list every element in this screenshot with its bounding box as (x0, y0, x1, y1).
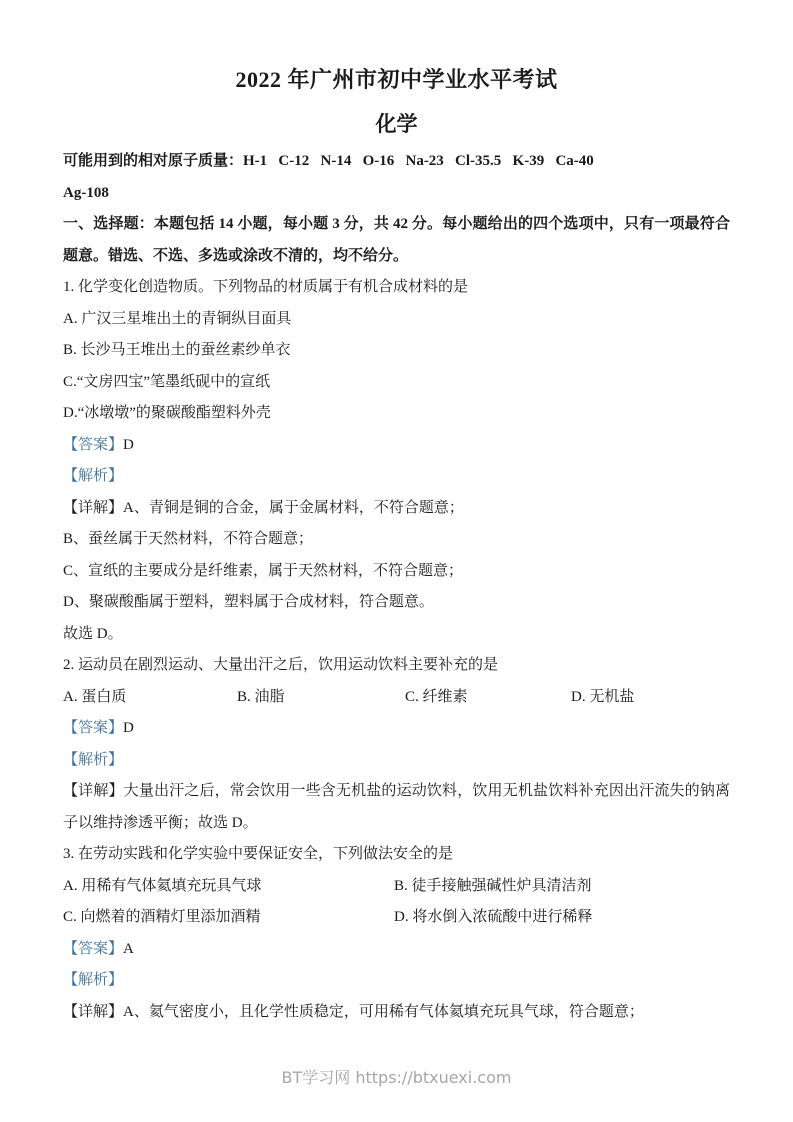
analysis-label: 【解析】 (63, 752, 123, 768)
option-b: B. 徒手接触强碱性炉具清洁剂 (394, 871, 730, 903)
analysis-line: 【解析】 (63, 461, 730, 493)
question-stem: 3. 在劳动实践和化学实验中要保证安全，下列做法安全的是 (63, 839, 730, 871)
option-a: A. 用稀有气体氦填充玩具气球 (63, 871, 394, 903)
answer-value: D (123, 437, 134, 453)
option-b: B. 油脂 (237, 682, 405, 714)
answer-value: D (123, 720, 134, 736)
explain-text: A、氦气密度小，且化学性质稳定，可用稀有气体氦填充玩具气球，符合题意； (123, 1004, 644, 1020)
option-a: A. 蛋白质 (63, 682, 237, 714)
explain-line: C、宣纸的主要成分是纤维素，属于天然材料，不符合题意； (63, 556, 730, 588)
answer-label: 【答案】 (63, 437, 123, 453)
explain-line: B、蚕丝属于天然材料，不符合题意； (63, 524, 730, 556)
explain-line: 【详解】A、氦气密度小，且化学性质稳定，可用稀有气体氦填充玩具气球，符合题意； (63, 997, 730, 1029)
options-row: A. 蛋白质 B. 油脂 C. 纤维素 D. 无机盐 (63, 682, 730, 714)
option-d: D. 无机盐 (571, 682, 730, 714)
option-a: A. 广汉三星堆出土的青铜纵目面具 (63, 304, 730, 336)
option-b: B. 长沙马王堆出土的蚕丝素纱单衣 (63, 335, 730, 367)
question-stem: 1. 化学变化创造物质。下列物品的材质属于有机合成材料的是 (63, 272, 730, 304)
answer-line: 【答案】D (63, 430, 730, 462)
option-d: D. 将水倒入浓硫酸中进行稀释 (394, 902, 730, 934)
atomic-mass-note-line1: 可能用到的相对原子质量：H-1 C-12 N-14 O-16 Na-23 Cl-… (63, 146, 730, 178)
answer-line: 【答案】A (63, 934, 730, 966)
answer-value: A (123, 941, 134, 957)
explain-text: A、青铜是铜的合金，属于金属材料，不符合题意； (123, 500, 464, 516)
answer-line: 【答案】D (63, 713, 730, 745)
explain-label: 【详解】 (63, 500, 123, 516)
section-heading: 一、选择题：本题包括 14 小题，每小题 3 分，共 42 分。每小题给出的四个… (63, 209, 730, 272)
question-block-2: 2. 运动员在剧烈运动、大量出汗之后，饮用运动饮料主要补充的是 A. 蛋白质 B… (63, 650, 730, 839)
page-title: 2022 年广州市初中学业水平考试 (63, 58, 730, 102)
explain-line: 【详解】A、青铜是铜的合金，属于金属材料，不符合题意； (63, 493, 730, 525)
explain-text: 大量出汗之后，常会饮用一些含无机盐的运动饮料，饮用无机盐饮料补充因出汗流失的钠离… (63, 783, 730, 831)
explain-label: 【详解】 (63, 1004, 123, 1020)
explain-line: 【详解】大量出汗之后，常会饮用一些含无机盐的运动饮料，饮用无机盐饮料补充因出汗流… (63, 776, 730, 839)
watermark: BT学习网 https://btxuexi.com (0, 1066, 793, 1090)
question-block-3: 3. 在劳动实践和化学实验中要保证安全，下列做法安全的是 A. 用稀有气体氦填充… (63, 839, 730, 1028)
question-block-1: 1. 化学变化创造物质。下列物品的材质属于有机合成材料的是 A. 广汉三星堆出土… (63, 272, 730, 650)
option-c: C. 向燃着的酒精灯里添加酒精 (63, 902, 394, 934)
analysis-line: 【解析】 (63, 965, 730, 997)
analysis-line: 【解析】 (63, 745, 730, 777)
atomic-mass-note-line2: Ag-108 (63, 178, 730, 210)
analysis-label: 【解析】 (63, 972, 123, 988)
options-row: C. 向燃着的酒精灯里添加酒精 D. 将水倒入浓硫酸中进行稀释 (63, 902, 730, 934)
explain-label: 【详解】 (63, 783, 124, 799)
options-row: A. 用稀有气体氦填充玩具气球 B. 徒手接触强碱性炉具清洁剂 (63, 871, 730, 903)
option-c: C.“文房四宝”笔墨纸砚中的宣纸 (63, 367, 730, 399)
answer-label: 【答案】 (63, 941, 123, 957)
subject-title: 化学 (63, 102, 730, 146)
option-c: C. 纤维素 (405, 682, 571, 714)
explain-line: 故选 D。 (63, 619, 730, 651)
answer-label: 【答案】 (63, 720, 123, 736)
question-stem: 2. 运动员在剧烈运动、大量出汗之后，饮用运动饮料主要补充的是 (63, 650, 730, 682)
option-d: D.“冰墩墩”的聚碳酸酯塑料外壳 (63, 398, 730, 430)
analysis-label: 【解析】 (63, 468, 123, 484)
exam-document: 2022 年广州市初中学业水平考试 化学 可能用到的相对原子质量：H-1 C-1… (0, 0, 793, 1028)
explain-line: D、聚碳酸酯属于塑料，塑料属于合成材料，符合题意。 (63, 587, 730, 619)
